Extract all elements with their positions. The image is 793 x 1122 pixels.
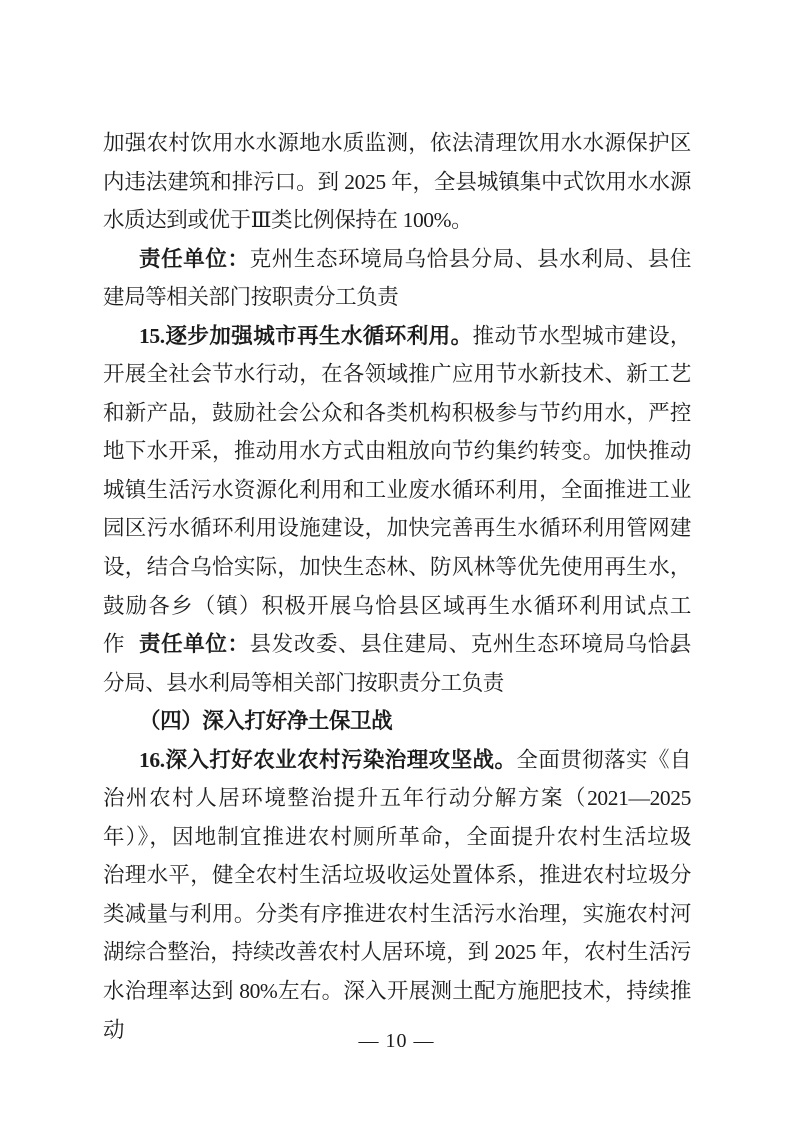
- bold-text-segment: （四）深入打好净土保卫战: [139, 709, 392, 733]
- text-segment: 推动节水型城市建设，: [473, 324, 691, 348]
- text-segment: 地下水开采，推动用水方式由粗放向节约集约转变。加快推动: [103, 439, 691, 463]
- document-line: 类减量与利用。分类有序推进农村生活污水治理，实施农村河: [103, 895, 691, 934]
- document-page: 加强农村饮用水水源地水质监测，依法清理饮用水水源保护区内违法建筑和排污口。到 2…: [0, 0, 793, 1122]
- document-line: 园区污水循环利用设施建设，加快完善再生水循环利用管网建: [103, 509, 691, 548]
- bold-text-segment: 责任单位：: [139, 632, 250, 656]
- text-segment: 县发改委、县住建局、克州生态环境局乌恰县: [250, 632, 691, 656]
- document-body: 加强农村饮用水水源地水质监测，依法清理饮用水水源保护区内违法建筑和排污口。到 2…: [103, 124, 691, 1011]
- text-segment: 类减量与利用。分类有序推进农村生活污水治理，实施农村河: [103, 902, 691, 926]
- bold-text-segment: 15.逐步加强城市再生水循环利用。: [139, 324, 473, 348]
- document-line: 设，结合乌恰实际，加快生态林、防风林等优先使用再生水，: [103, 548, 691, 587]
- document-line: 地下水开采，推动用水方式由粗放向节约集约转变。加快推动: [103, 432, 691, 471]
- document-line: 内违法建筑和排污口。到 2025 年，全县城镇集中式饮用水水源: [103, 163, 691, 202]
- text-segment: 开展全社会节水行动，在各领域推广应用节水新技术、新工艺: [103, 362, 691, 386]
- bold-text-segment: 责任单位：: [139, 247, 250, 271]
- text-segment: 设，结合乌恰实际，加快生态林、防风林等优先使用再生水，: [103, 555, 691, 579]
- document-line: 16.深入打好农业农村污染治理攻坚战。全面贯彻落实《自: [103, 741, 691, 780]
- text-segment: 治州农村人居环境整治提升五年行动分解方案（2021—2025: [103, 786, 691, 810]
- text-segment: 建局等相关部门按职责分工负责: [103, 285, 398, 309]
- text-segment: 分局、县水利局等相关部门按职责分工负责: [103, 671, 504, 695]
- document-line: 城镇生活污水资源化利用和工业废水循环利用，全面推进工业: [103, 471, 691, 510]
- text-segment: 水质达到或优于Ⅲ类比例保持在 100%。: [103, 208, 472, 232]
- document-line: 15.逐步加强城市再生水循环利用。推动节水型城市建设，: [103, 317, 691, 356]
- text-segment: 全面贯彻落实《自: [516, 748, 691, 772]
- text-segment: 园区污水循环利用设施建设，加快完善再生水循环利用管网建: [103, 516, 691, 540]
- document-line: 责任单位：县发改委、县住建局、克州生态环境局乌恰县: [103, 625, 691, 664]
- document-line: 加强农村饮用水水源地水质监测，依法清理饮用水水源保护区: [103, 124, 691, 163]
- document-line: 分局、县水利局等相关部门按职责分工负责: [103, 664, 691, 703]
- document-line: 水治理率达到 80%左右。深入开展测土配方施肥技术，持续推动: [103, 972, 691, 1011]
- text-segment: 克州生态环境局乌恰县分局、县水利局、县住: [250, 247, 691, 271]
- document-line: 开展全社会节水行动，在各领域推广应用节水新技术、新工艺: [103, 355, 691, 394]
- document-line: 和新产品，鼓励社会公众和各类机构积极参与节约用水，严控: [103, 394, 691, 433]
- document-line: 建局等相关部门按职责分工负责: [103, 278, 691, 317]
- text-segment: 年）》，因地制宜推进农村厕所革命，全面提升农村生活垃圾: [103, 825, 691, 849]
- text-segment: 城镇生活污水资源化利用和工业废水循环利用，全面推进工业: [103, 478, 691, 502]
- text-segment: 湖综合整治，持续改善农村人居环境，到 2025 年，农村生活污: [103, 940, 691, 964]
- page-number: — 10 —: [359, 1030, 435, 1052]
- page-footer: — 10 —: [0, 1026, 793, 1056]
- document-line: 鼓励各乡（镇）积极开展乌恰县区域再生水循环利用试点工作。: [103, 587, 691, 626]
- document-line: 水质达到或优于Ⅲ类比例保持在 100%。: [103, 201, 691, 240]
- document-line: 年）》，因地制宜推进农村厕所革命，全面提升农村生活垃圾: [103, 818, 691, 857]
- document-line: 治理水平，健全农村生活垃圾收运处置体系，推进农村垃圾分: [103, 856, 691, 895]
- document-line: （四）深入打好净土保卫战: [103, 702, 691, 741]
- text-segment: 加强农村饮用水水源地水质监测，依法清理饮用水水源保护区: [103, 131, 691, 155]
- document-line: 治州农村人居环境整治提升五年行动分解方案（2021—2025: [103, 779, 691, 818]
- text-segment: 治理水平，健全农村生活垃圾收运处置体系，推进农村垃圾分: [103, 863, 691, 887]
- document-line: 湖综合整治，持续改善农村人居环境，到 2025 年，农村生活污: [103, 933, 691, 972]
- bold-text-segment: 16.深入打好农业农村污染治理攻坚战。: [139, 748, 516, 772]
- document-line: 责任单位：克州生态环境局乌恰县分局、县水利局、县住: [103, 240, 691, 279]
- text-segment: 内违法建筑和排污口。到 2025 年，全县城镇集中式饮用水水源: [103, 170, 691, 194]
- text-segment: 和新产品，鼓励社会公众和各类机构积极参与节约用水，严控: [103, 401, 691, 425]
